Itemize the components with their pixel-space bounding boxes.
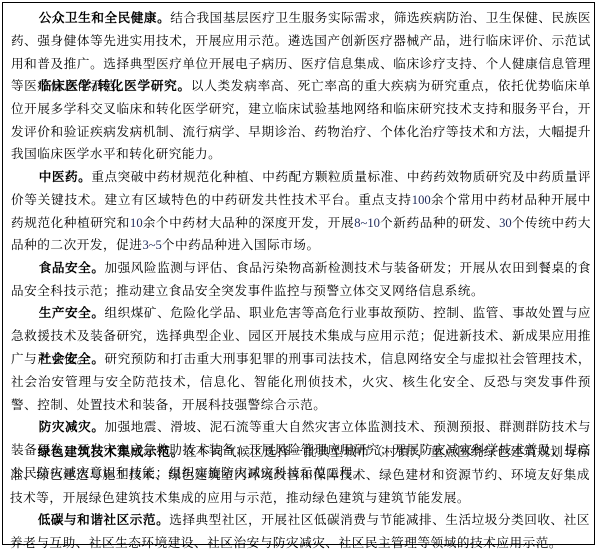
- paragraph-heading: 食品安全。: [39, 260, 105, 275]
- paragraph-heading: 中医药。: [39, 169, 92, 184]
- number-value: 3~5: [142, 238, 161, 252]
- paragraph-low-carbon-community: 低碳与和谐社区示范。选择典型社区，开展社区低碳消费与节能减排、生活垃圾分类回收、…: [10, 509, 590, 549]
- number-value: 30: [499, 216, 512, 230]
- paragraph-body-part: 个新药品种的研发、: [380, 215, 499, 230]
- number-value: 10: [130, 216, 143, 230]
- paragraph-heading: 临床医学/转化医学研究。: [39, 78, 191, 93]
- paragraph-tcm: 中医药。重点突破中药材规范化种植、中药配方颗粒质量标准、中药药效物质研究及中药质…: [11, 166, 591, 257]
- paragraph-heading: 社会安全。: [39, 351, 105, 366]
- paragraph-heading: 生产安全。: [39, 305, 105, 320]
- paragraph-body-part: 个中药品种进入国际市场。: [162, 237, 320, 252]
- paragraph-heading: 公众卫生和全民健康。: [39, 10, 171, 25]
- number-value: 100: [412, 193, 431, 207]
- paragraph-social-security: 社会安全。研究预防和打击重大刑事犯罪的刑事司法技术，信息网络安全与虚拟社会管理技…: [11, 348, 591, 416]
- paragraph-heading: 防灾减灾。: [39, 419, 105, 434]
- paragraph-body-part: 余个中药材大品种的深度开发，开展: [143, 215, 355, 230]
- paragraph-food-safety: 食品安全。加强风险监测与评估、食品污染物高新检测技术与装备研发；开展从农田到餐桌…: [11, 257, 591, 303]
- number-value: 8~10: [354, 216, 380, 230]
- paragraph-heading: 低碳与和谐社区示范。: [38, 512, 170, 527]
- paragraph-clinical-medicine: 临床医学/转化医学研究。以人类发病率高、死亡率高的重大疾病为研究重点，依托优势临…: [11, 75, 591, 166]
- paragraph-green-building: 绿色建筑技术集成示范。在不同气候区选择一批典型城市（村镇），重点围绕绿色建筑规划…: [10, 441, 590, 509]
- paragraph-heading: 绿色建筑技术集成示范。: [38, 444, 184, 459]
